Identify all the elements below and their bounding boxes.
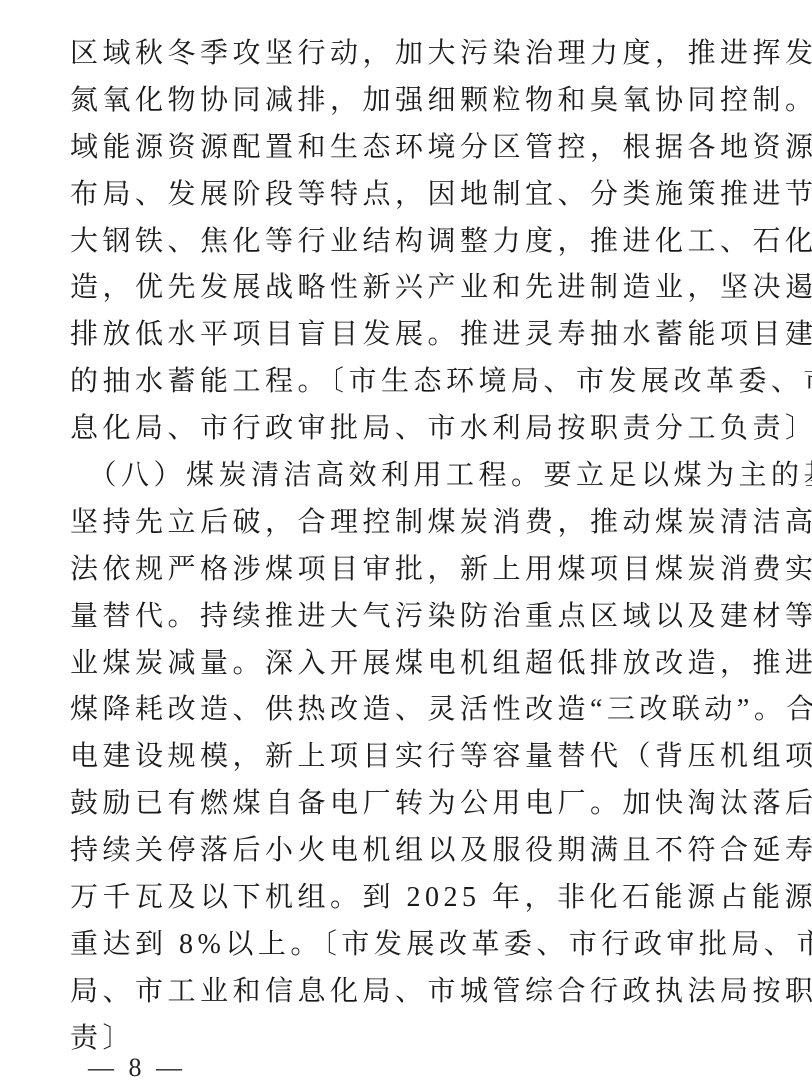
text-line: 重达到 8%以上。〔市发展改革委、市行政审批局、市生态环境 [70, 922, 760, 969]
section-heading-line: （八）煤炭清洁高效利用工程。要立足以煤为主的基本情况， [70, 453, 760, 500]
text-line: 煤降耗改造、供热改造、灵活性改造“三改联动”。合理控制煤 [70, 687, 760, 734]
text-line: 造，优先发展战略性新兴产业和先进制造业，坚决遏制高耗能高 [70, 265, 760, 312]
text-line: 电建设规模，新上项目实行等容量替代（背压机组项目除外）， [70, 734, 760, 781]
text-line: 布局、发展阶段等特点，因地制宜、分类施策推进节能减排。加 [70, 172, 760, 219]
text-line: 区域秋冬季攻坚行动，加大污染治理力度，推进挥发性有机物和 [70, 31, 760, 78]
text-line: 业煤炭减量。深入开展煤电机组超低排放改造，推进煤电机组节 [70, 641, 760, 688]
text-line: 坚持先立后破，合理控制煤炭消费，推动煤炭清洁高效利用。依 [70, 500, 760, 547]
text-line: 大钢铁、焦化等行业结构调整力度，推进化工、石化企业治理改 [70, 219, 760, 266]
text-line: 氮氧化物协同减排，加强细颗粒物和臭氧协同控制。统筹推进区 [70, 78, 760, 125]
text-line: 域能源资源配置和生态环境分区管控，根据各地资源禀赋、产业 [70, 125, 760, 172]
text-line: 法依规严格涉煤项目审批，新上用煤项目煤炭消费实行减（等） [70, 547, 760, 594]
document-page: 区域秋冬季攻坚行动，加大污染治理力度，推进挥发性有机物和 氮氧化物协同减排，加强… [70, 31, 760, 1063]
text-line: 局、市工业和信息化局、市城管综合行政执法局按职责分工负 [70, 969, 760, 1016]
text-line: 排放低水平项目盲目发展。推进灵寿抽水蓄能项目建设，谋划新 [70, 312, 760, 359]
text-line: 万千瓦及以下机组。到 2025 年，非化石能源占能源消费总量比 [70, 875, 760, 922]
text-line: 的抽水蓄能工程。〔市生态环境局、市发展改革委、市工业和信 [70, 359, 760, 406]
text-line: 量替代。持续推进大气污染防治重点区域以及建材等主要耗煤行 [70, 594, 760, 641]
text-line: 鼓励已有燃煤自备电厂转为公用电厂。加快淘汰落后煤电产能， [70, 781, 760, 828]
page-number: — 8 — [88, 1052, 186, 1084]
text-line: 持续关停落后小火电机组以及服役期满且不符合延寿条件的 30 [70, 828, 760, 875]
paragraph-end-line: 息化局、市行政审批局、市水利局按职责分工负责〕 [70, 406, 760, 453]
